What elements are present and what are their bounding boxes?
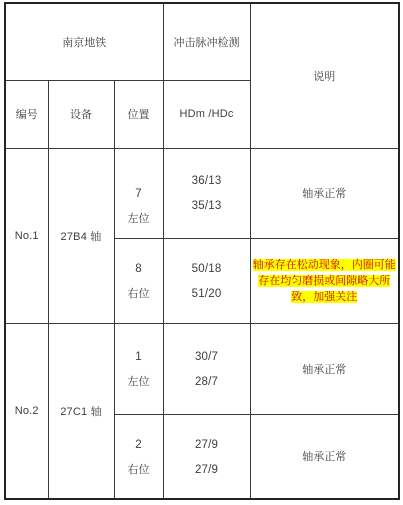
header-col-device: 设备 <box>48 80 114 148</box>
group2-no-cell: No.2 <box>5 323 48 499</box>
hd-value-bottom: 27/9 <box>164 458 250 483</box>
g2r2-note-cell: 轴承正常 <box>250 414 399 499</box>
position-side: 左位 <box>115 207 163 232</box>
hd-value-top: 27/9 <box>164 433 250 458</box>
g1r1-position-cell: 7 左位 <box>114 148 163 238</box>
hd-value-top: 30/7 <box>164 345 250 370</box>
hd-value-bottom: 51/20 <box>164 282 250 307</box>
hd-value-top: 36/13 <box>164 169 250 194</box>
g2r2-hd-cell: 27/9 27/9 <box>163 414 250 499</box>
header-col-no: 编号 <box>5 80 48 148</box>
table-row-g2-left: No.2 27C1 轴 1 左位 30/7 28/7 轴承正常 <box>5 323 399 414</box>
note-highlight: 轴承存在松动现象，内圈可能存在均匀磨损或间隙略大所致，加强关注 <box>253 259 396 303</box>
position-number: 7 <box>115 182 163 207</box>
group1-device-cell: 27B4 轴 <box>48 148 114 323</box>
header-col-hd: HDm /HDc <box>163 80 250 148</box>
group1-no-cell: No.1 <box>5 148 48 323</box>
hd-value-top: 50/18 <box>164 257 250 282</box>
header-org-cell: 南京地铁 <box>5 3 163 80</box>
g2r2-position-cell: 2 右位 <box>114 414 163 499</box>
header-col-position: 位置 <box>114 80 163 148</box>
header-note-cell: 说明 <box>250 3 399 148</box>
table-row-g1-left: No.1 27B4 轴 7 左位 36/13 35/13 轴承正常 <box>5 148 399 238</box>
position-side: 右位 <box>115 458 163 483</box>
group2-device-cell: 27C1 轴 <box>48 323 114 499</box>
g1r2-note-cell: 轴承存在松动现象，内圈可能存在均匀磨损或间隙略大所致，加强关注 <box>250 238 399 323</box>
g1r2-hd-cell: 50/18 51/20 <box>163 238 250 323</box>
hd-value-bottom: 35/13 <box>164 194 250 219</box>
position-number: 8 <box>115 257 163 282</box>
g1r2-position-cell: 8 右位 <box>114 238 163 323</box>
g2r1-note-cell: 轴承正常 <box>250 323 399 414</box>
document-page: 南京地铁 冲击脉冲检测 说明 编号 设备 位置 HDm /HDc No.1 27… <box>0 0 403 505</box>
g1r1-note-cell: 轴承正常 <box>250 148 399 238</box>
hd-value-bottom: 28/7 <box>164 370 250 395</box>
position-side: 右位 <box>115 282 163 307</box>
header-method-cell: 冲击脉冲检测 <box>163 3 250 80</box>
g2r1-hd-cell: 30/7 28/7 <box>163 323 250 414</box>
position-number: 1 <box>115 345 163 370</box>
header-row-1: 南京地铁 冲击脉冲检测 说明 <box>5 3 399 80</box>
g1r1-hd-cell: 36/13 35/13 <box>163 148 250 238</box>
inspection-table: 南京地铁 冲击脉冲检测 说明 编号 设备 位置 HDm /HDc No.1 27… <box>4 2 400 500</box>
position-side: 左位 <box>115 370 163 395</box>
position-number: 2 <box>115 433 163 458</box>
g2r1-position-cell: 1 左位 <box>114 323 163 414</box>
